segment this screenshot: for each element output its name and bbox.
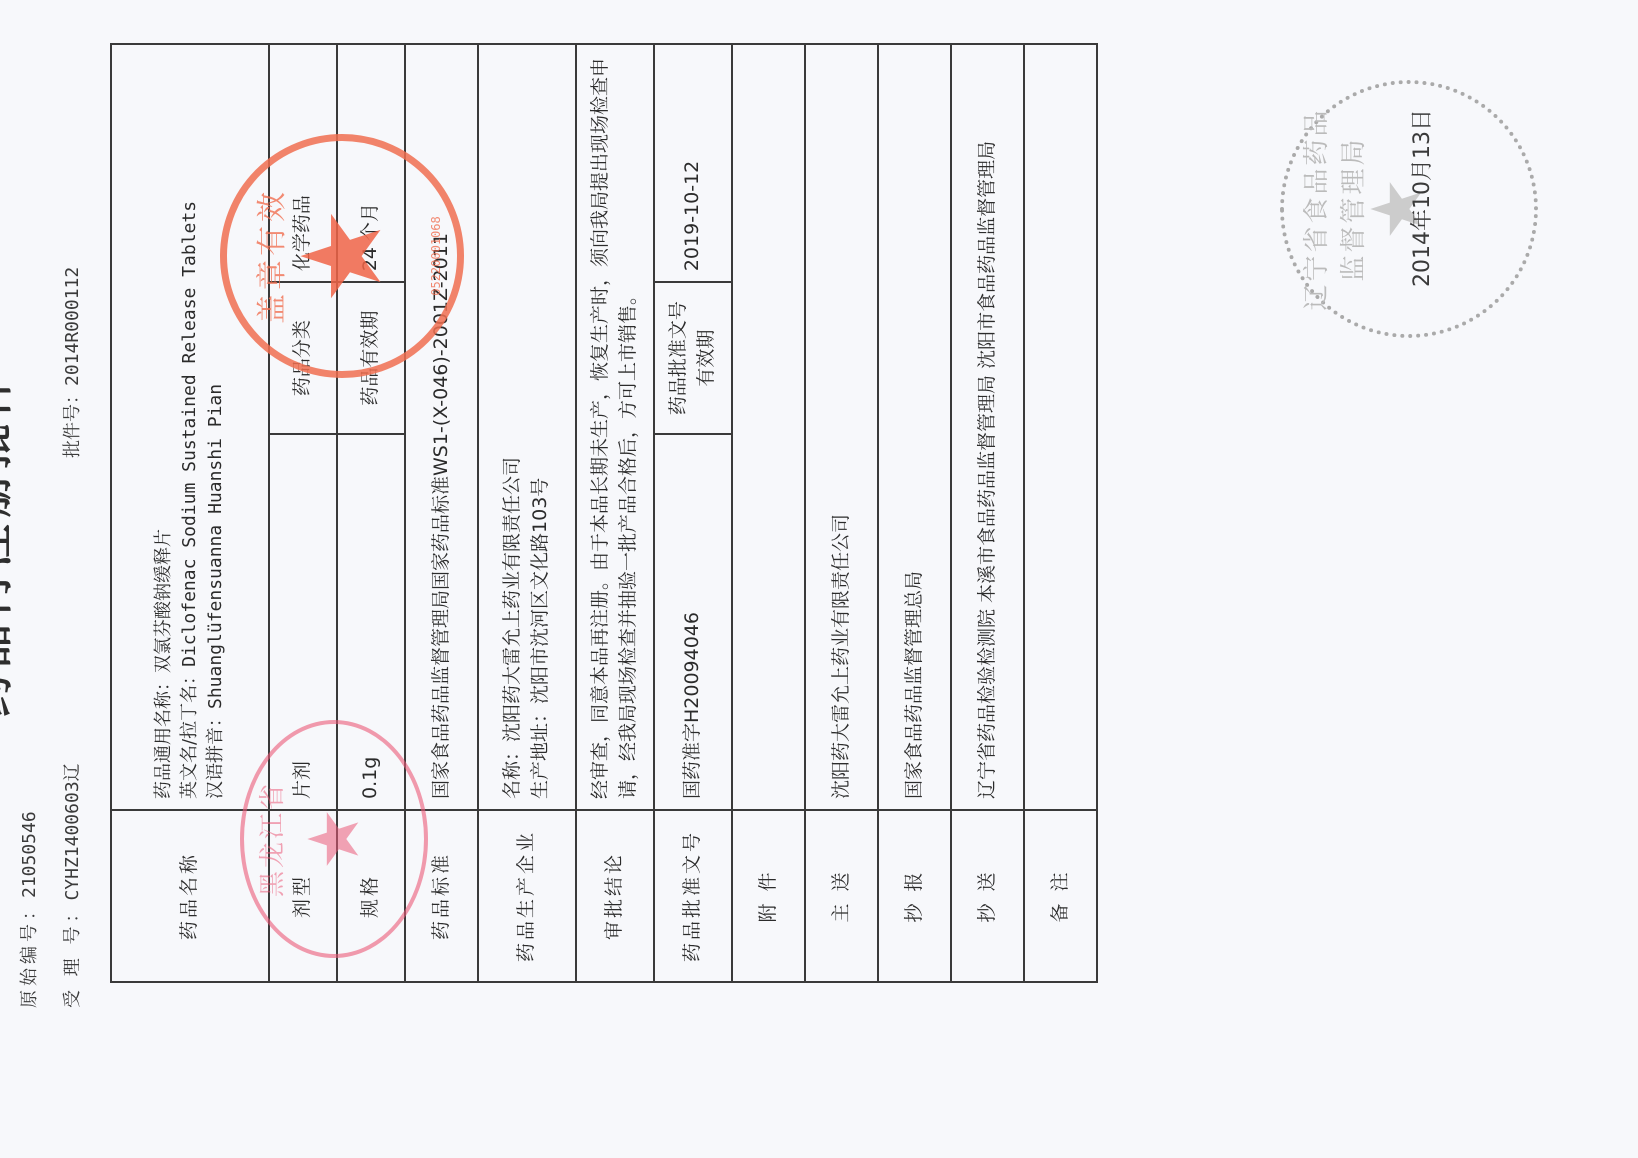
row-copy-to: 抄 送 辽宁省药品检验检测院 本溪市食品药品监督管理局 沈阳市食品药品监督管理局 xyxy=(951,44,1024,982)
report-to-value: 国家食品药品监督管理总局 xyxy=(878,44,951,810)
manufacturer-address-label: 生产地址： xyxy=(529,704,551,799)
pinyin-value: Shuanglüfensuanna Huanshi Pian xyxy=(205,384,226,709)
drug-class-label: 药品分类 xyxy=(269,282,337,434)
row-remarks: 备 注 xyxy=(1024,44,1097,982)
copy-to-value: 辽宁省药品检验检测院 本溪市食品药品监督管理局 沈阳市食品药品监督管理局 xyxy=(951,44,1024,810)
standard-value: 国家食品药品监督管理局国家药品标准WS1-(X-046)-2001Z-2011 xyxy=(405,44,478,810)
receipt-number: 受 理 号：CYHZ1400603辽 xyxy=(58,763,84,1008)
original-number: 原始编号：21050546 xyxy=(15,811,41,1008)
validity-label: 药品有效期 xyxy=(337,282,405,434)
receipt-number-label: 受 理 号： xyxy=(62,901,83,1008)
manufacturer-name-label: 名称： xyxy=(501,742,523,799)
original-number-label: 原始编号： xyxy=(19,898,40,1008)
main-recipient-value: 沈阳药大雷允上药业有限责任公司 xyxy=(805,44,878,810)
approval-number-row-value: 国药准字H20094046 xyxy=(654,434,732,810)
row-main-recipient: 主 送 沈阳药大雷允上药业有限责任公司 xyxy=(805,44,878,982)
english-name-label: 英文名/拉丁名： xyxy=(179,667,200,799)
english-name-value: Diclofenac Sodium Sustained Release Tabl… xyxy=(179,201,200,667)
manufacturer-label: 药品生产企业 xyxy=(478,810,576,982)
validity-value: 24 个月 xyxy=(337,44,405,282)
manufacturer-name-value: 沈阳药大雷允上药业有限责任公司 xyxy=(501,457,523,742)
drug-class-value: 化学药品 xyxy=(269,44,337,282)
approval-validity-label: 药品批准文号有效期 xyxy=(654,282,732,434)
main-recipient-label: 主 送 xyxy=(805,810,878,982)
specification-label: 规格 xyxy=(337,810,405,982)
drug-name-cell: 药品通用名称：双氯芬酸钠缓释片 英文名/拉丁名：Diclofenac Sodiu… xyxy=(111,44,269,810)
approval-validity-value: 2019-10-12 xyxy=(654,44,732,282)
generic-name-value: 双氯芬酸钠缓释片 xyxy=(153,529,174,673)
manufacturer-cell: 名称：沈阳药大雷允上药业有限责任公司 生产地址：沈阳市沈河区文化路103号 xyxy=(478,44,576,810)
row-manufacturer: 药品生产企业 名称：沈阳药大雷允上药业有限责任公司 生产地址：沈阳市沈河区文化路… xyxy=(478,44,576,982)
row-conclusion: 审批结论 经审查，同意本品再注册。由于本品长期未生产，恢复生产时，须向我局提出现… xyxy=(576,44,654,982)
report-to-label: 抄 报 xyxy=(878,810,951,982)
pinyin-label: 汉语拼音： xyxy=(205,709,226,799)
row-standard: 药品标准 国家食品药品监督管理局国家药品标准WS1-(X-046)-2001Z-… xyxy=(405,44,478,982)
remarks-value xyxy=(1024,44,1097,810)
row-drug-name: 药品名称 药品通用名称：双氯芬酸钠缓释片 英文名/拉丁名：Diclofenac … xyxy=(111,44,269,982)
approval-number-row-label: 药品批准文号 xyxy=(654,810,732,982)
row-approval-number: 药品批准文号 国药准字H20094046 药品批准文号有效期 2019-10-1… xyxy=(654,44,732,982)
attachment-label: 附 件 xyxy=(732,810,805,982)
dosage-form-label: 剂型 xyxy=(269,810,337,982)
drug-name-label: 药品名称 xyxy=(111,810,269,982)
attachment-value xyxy=(732,44,805,810)
conclusion-value: 经审查，同意本品再注册。由于本品长期未生产，恢复生产时，须向我局提出现场检查申请… xyxy=(576,44,654,810)
row-specification: 规格 0.1g 药品有效期 24 个月 xyxy=(337,44,405,982)
manufacturer-address-value: 沈阳市沈河区文化路103号 xyxy=(529,478,551,704)
row-attachment: 附 件 xyxy=(732,44,805,982)
standard-label: 药品标准 xyxy=(405,810,478,982)
issue-date: 2014年10月13日 xyxy=(1405,98,1436,298)
registration-form-table: 药品名称 药品通用名称：双氯芬酸钠缓释片 英文名/拉丁名：Diclofenac … xyxy=(110,43,1098,983)
conclusion-label: 审批结论 xyxy=(576,810,654,982)
copy-to-label: 抄 送 xyxy=(951,810,1024,982)
generic-name-label: 药品通用名称： xyxy=(153,673,174,799)
row-report-to: 抄 报 国家食品药品监督管理总局 xyxy=(878,44,951,982)
document-page: 16 2-34 辽宁省食品药品监督管理局 药品再注册批件 原始编号：210505… xyxy=(0,0,1638,1158)
document-title: 药品再注册批件 xyxy=(0,368,19,718)
approval-number-value: 2014R000112 xyxy=(62,267,83,386)
dosage-form-value: 片剂 xyxy=(269,434,337,810)
original-number-value: 21050546 xyxy=(19,811,40,898)
official-seal-text: 辽宁省食品药品监督管理局 xyxy=(1296,94,1370,324)
remarks-label: 备 注 xyxy=(1024,810,1097,982)
approval-document-number: 批件号：2014R000112 xyxy=(58,267,84,458)
specification-value: 0.1g xyxy=(337,434,405,810)
approval-number-label: 批件号： xyxy=(62,386,83,458)
row-dosage-form: 剂型 片剂 药品分类 化学药品 xyxy=(269,44,337,982)
receipt-number-value: CYHZ1400603辽 xyxy=(62,763,83,900)
